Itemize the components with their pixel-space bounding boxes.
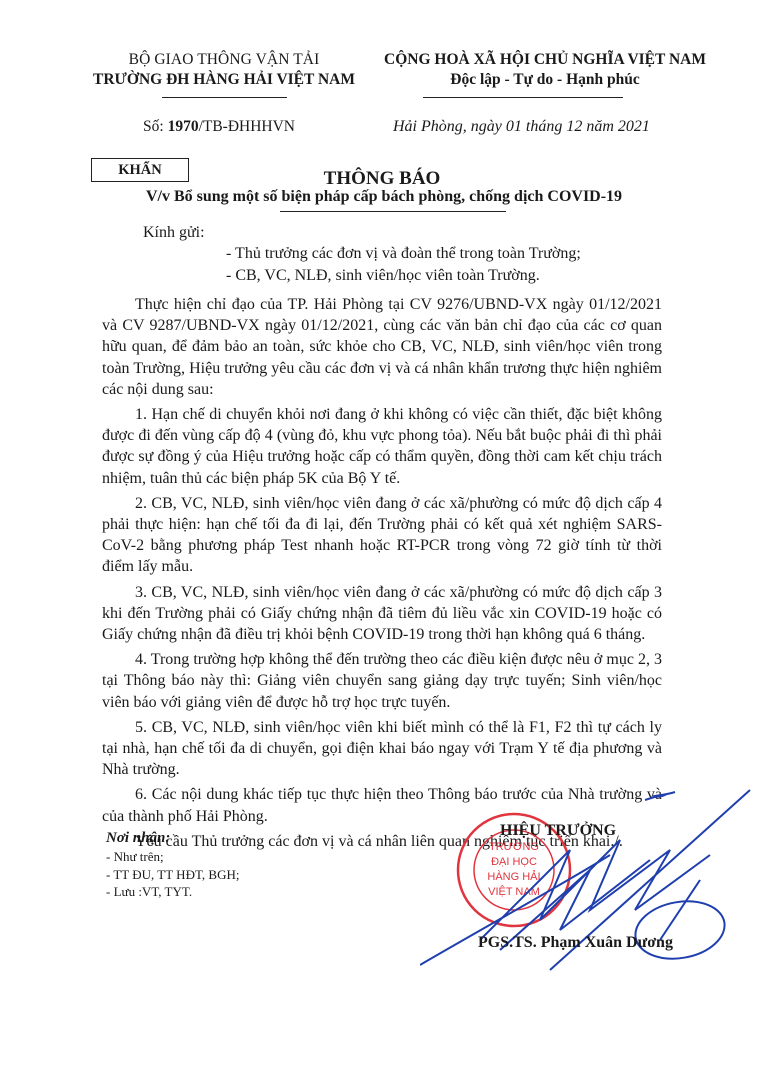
body-paragraph: 3. CB, VC, NLĐ, sinh viên/học viên đang … bbox=[102, 582, 662, 646]
motto: Độc lập - Tự do - Hạnh phúc bbox=[360, 70, 730, 90]
doc-number-label: Số: bbox=[143, 118, 168, 135]
body-paragraph: 5. CB, VC, NLĐ, sinh viên/học viên khi b… bbox=[102, 717, 662, 781]
document-number: Số: 1970/TB-ĐHHHVN bbox=[143, 118, 295, 136]
distribution-item: - TT ĐU, TT HĐT, BGH; bbox=[106, 866, 240, 884]
body-paragraph: 2. CB, VC, NLĐ, sinh viên/học viên đang … bbox=[102, 493, 662, 578]
document-title: THÔNG BÁO bbox=[90, 168, 674, 190]
motto-divider bbox=[423, 97, 623, 98]
distribution-list: - Như trên; - TT ĐU, TT HĐT, BGH; - Lưu … bbox=[106, 848, 240, 901]
distribution-label: Nơi nhận: bbox=[106, 830, 170, 847]
nation-block: CỘNG HOÀ XÃ HỘI CHỦ NGHĨA VIỆT NAM Độc l… bbox=[360, 50, 730, 90]
subject-divider bbox=[280, 211, 506, 212]
distribution-item: - Như trên; bbox=[106, 848, 240, 866]
doc-number-value: 1970 bbox=[168, 118, 199, 135]
document-body: Thực hiện chỉ đạo của TP. Hải Phòng tại … bbox=[102, 294, 662, 856]
issuer-divider bbox=[162, 97, 287, 98]
doc-number-suffix: /TB-ĐHHHVN bbox=[199, 118, 295, 135]
issuer-name: TRƯỜNG ĐH HÀNG HẢI VIỆT NAM bbox=[92, 70, 356, 90]
body-paragraph: 1. Hạn chế di chuyển khỏi nơi đang ở khi… bbox=[102, 404, 662, 489]
document-subject: V/v Bổ sung một số biện pháp cấp bách ph… bbox=[92, 188, 676, 206]
distribution-item: - Lưu :VT, TYT. bbox=[106, 883, 240, 901]
body-paragraph: 4. Trong trường hợp không thể đến trường… bbox=[102, 649, 662, 713]
recipient-line: - CB, VC, NLĐ, sinh viên/học viên toàn T… bbox=[226, 267, 540, 285]
place-date: Hải Phòng, ngày 01 tháng 12 năm 2021 bbox=[393, 118, 650, 136]
body-paragraph: Thực hiện chỉ đạo của TP. Hải Phòng tại … bbox=[102, 294, 662, 400]
issuer-block: BỘ GIAO THÔNG VẬN TẢI TRƯỜNG ĐH HÀNG HẢI… bbox=[92, 50, 356, 90]
issuer-parent: BỘ GIAO THÔNG VẬN TẢI bbox=[92, 50, 356, 70]
signer-name: PGS.TS. Phạm Xuân Dương bbox=[478, 934, 673, 952]
distribution-label-text: Nơi nhận bbox=[106, 830, 165, 846]
nation-name: CỘNG HOÀ XÃ HỘI CHỦ NGHĨA VIỆT NAM bbox=[360, 50, 730, 70]
greeting: Kính gửi: bbox=[143, 224, 205, 242]
recipient-line: - Thủ trưởng các đơn vị và đoàn thể tron… bbox=[226, 245, 581, 263]
